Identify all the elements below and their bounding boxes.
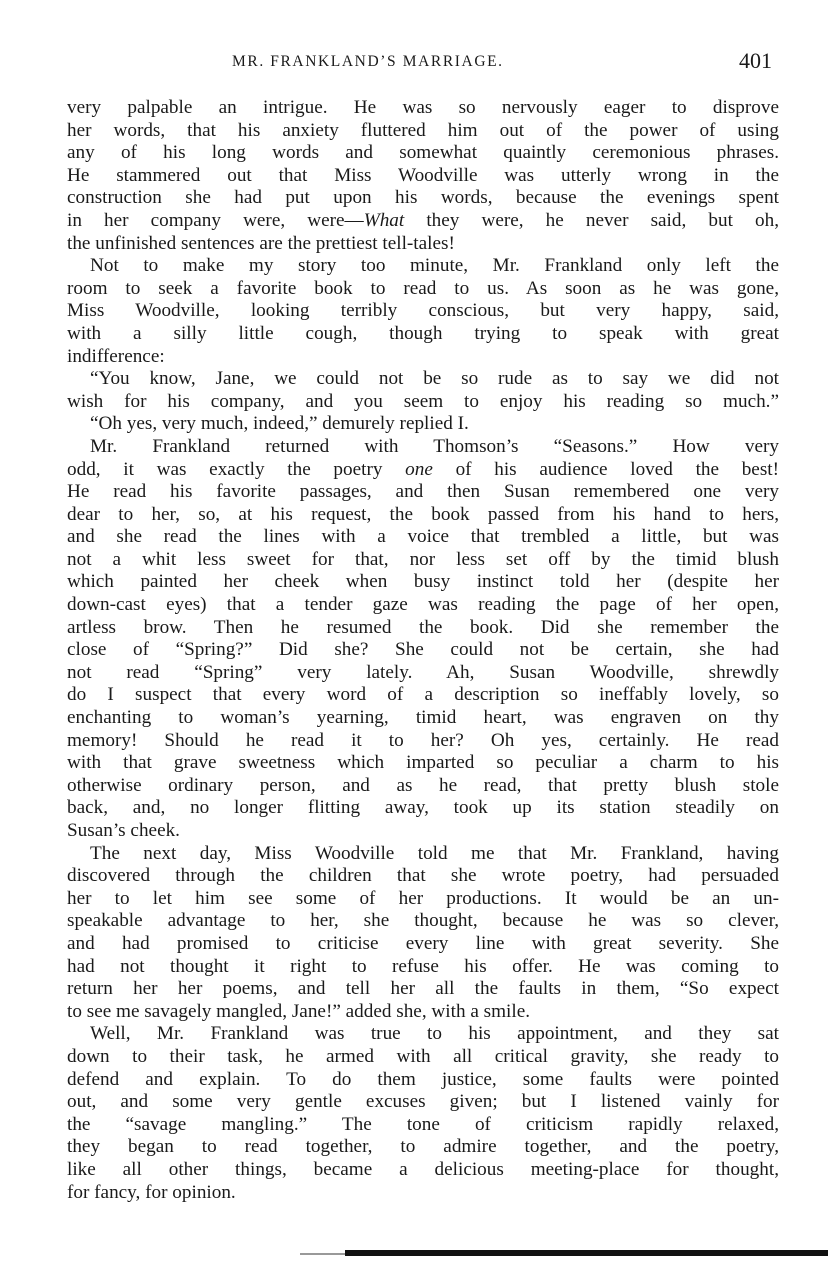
body-text: very palpable an intrigue. He was so ner… <box>67 97 779 1204</box>
text-line: with that grave sweetness which imparted… <box>67 752 779 775</box>
text-line: Miss Woodville, looking terribly conscio… <box>67 300 779 323</box>
text-line: wish for his company, and you seem to en… <box>67 391 779 414</box>
text-line: with a silly little cough, though trying… <box>67 323 779 346</box>
text-line: back, and, no longer flitting away, took… <box>67 797 779 820</box>
text-line: defend and explain. To do them justice, … <box>67 1069 779 1092</box>
text-line: construction she had put upon his words,… <box>67 187 779 210</box>
text-line: the unfinished sentences are the prettie… <box>67 233 779 256</box>
text-line: memory! Should he read it to her? Oh yes… <box>67 730 779 753</box>
text-line: not read “Spring” very lately. Ah, Susan… <box>67 662 779 685</box>
text-line: the “savage mangling.” The tone of criti… <box>67 1114 779 1137</box>
text-line: out, and some very gentle excuses given;… <box>67 1091 779 1114</box>
text-line: which painted her cheek when busy instin… <box>67 571 779 594</box>
text-line: down to their task, he armed with all cr… <box>67 1046 779 1069</box>
text-line: Not to make my story too minute, Mr. Fra… <box>67 255 779 278</box>
text-line: room to seek a favorite book to read to … <box>67 278 779 301</box>
text-line: close of “Spring?” Did she? She could no… <box>67 639 779 662</box>
text-line: Susan’s cheek. <box>67 820 779 843</box>
text-line: like all other things, became a deliciou… <box>67 1159 779 1182</box>
text-line: speakable advantage to her, she thought,… <box>67 910 779 933</box>
text-line: and she read the lines with a voice that… <box>67 526 779 549</box>
text-line: down-cast eyes) that a tender gaze was r… <box>67 594 779 617</box>
text-line: He stammered out that Miss Woodville was… <box>67 165 779 188</box>
text-line: “Oh yes, very much, indeed,” demurely re… <box>67 413 779 436</box>
text-line: do I suspect that every word of a descri… <box>67 684 779 707</box>
text-line: had not thought it right to refuse his o… <box>67 956 779 979</box>
running-title: MR. FRANKLAND’S MARRIAGE. <box>232 53 504 71</box>
page-number: 401 <box>739 48 772 74</box>
scan-edge-bar <box>345 1250 828 1256</box>
text-line: “You know, Jane, we could not be so rude… <box>67 368 779 391</box>
text-line: The next day, Miss Woodville told me tha… <box>67 843 779 866</box>
text-line: for fancy, for opinion. <box>67 1182 779 1205</box>
text-line: they began to read together, to admire t… <box>67 1136 779 1159</box>
text-line: very palpable an intrigue. He was so ner… <box>67 97 779 120</box>
text-line: any of his long words and somewhat quain… <box>67 142 779 165</box>
text-line: return her her poems, and tell her all t… <box>67 978 779 1001</box>
text-line: in her company were, were—What they were… <box>67 210 779 233</box>
text-line: dear to her, so, at his request, the boo… <box>67 504 779 527</box>
text-line: indifference: <box>67 346 779 369</box>
text-line: not a whit less sweet for that, nor less… <box>67 549 779 572</box>
text-line: and had promised to criticise every line… <box>67 933 779 956</box>
text-line: to see me savagely mangled, Jane!” added… <box>67 1001 779 1024</box>
text-line: discovered through the children that she… <box>67 865 779 888</box>
text-line: odd, it was exactly the poetry one of hi… <box>67 459 779 482</box>
text-line: He read his favorite passages, and then … <box>67 481 779 504</box>
text-line: enchanting to woman’s yearning, timid he… <box>67 707 779 730</box>
text-line: Well, Mr. Frankland was true to his appo… <box>67 1023 779 1046</box>
text-line: otherwise ordinary person, and as he rea… <box>67 775 779 798</box>
text-line: her words, that his anxiety fluttered hi… <box>67 120 779 143</box>
page-header: MR. FRANKLAND’S MARRIAGE. 401 <box>0 50 828 76</box>
text-line: Mr. Frankland returned with Thomson’s “S… <box>67 436 779 459</box>
text-line: artless brow. Then he resumed the book. … <box>67 617 779 640</box>
text-line: her to let him see some of her productio… <box>67 888 779 911</box>
